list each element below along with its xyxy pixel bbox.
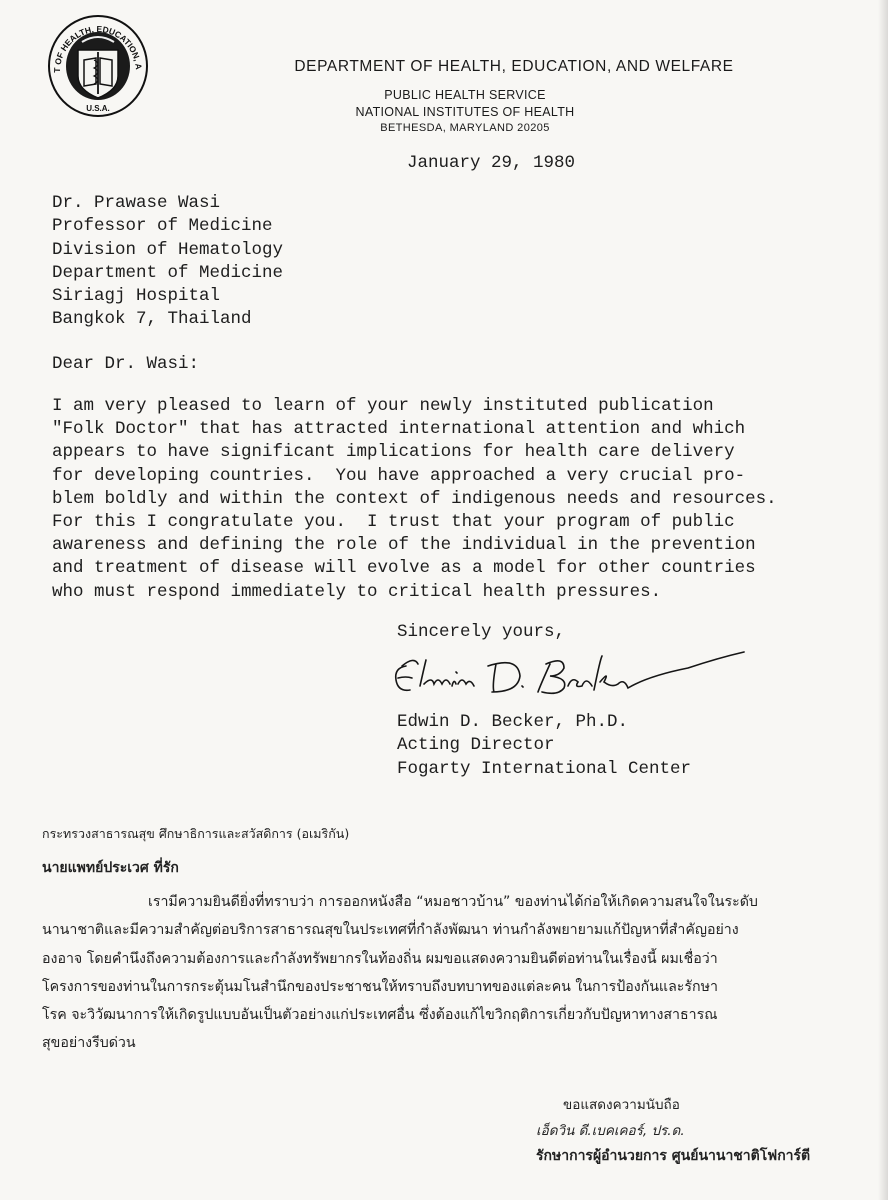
signer-organization: Fogarty International Center — [397, 758, 691, 781]
thai-body-line: โครงการของท่านในการกระตุ้นมโนสำนึกของประ… — [42, 973, 858, 1001]
thai-body-line: นานาชาติและมีความสำคัญต่อบริการสาธารณสุข… — [42, 916, 858, 944]
address-line: Siriagj Hospital — [52, 285, 283, 308]
letter-date: January 29, 1980 — [407, 153, 575, 173]
address-line: Dr. Prawase Wasi — [52, 192, 283, 215]
address-line: Department of Medicine — [52, 262, 283, 285]
thai-body-line: องอาจ โดยคำนึงถึงความต้องการและกำลังทรัพ… — [42, 945, 858, 973]
signer-name: Edwin D. Becker, Ph.D. — [397, 711, 691, 734]
thai-header: กระทรวงสาธารณสุข ศึกษาธิการและสวัสดิการ … — [42, 824, 349, 844]
thai-body-line: โรค จะวิวัฒนาการให้เกิดรูปแบบอันเป็นตัวอ… — [42, 1001, 858, 1029]
department-heading: DEPARTMENT OF HEALTH, EDUCATION, AND WEL… — [136, 58, 888, 76]
location-heading: BETHESDA, MARYLAND 20205 — [148, 122, 782, 134]
body-line: who must respond immediately to critical… — [52, 581, 777, 604]
letter-body: I am very pleased to learn of your newly… — [52, 395, 777, 604]
address-line: Division of Hematology — [52, 239, 283, 262]
institute-heading: NATIONAL INSTITUTES OF HEALTH — [148, 105, 782, 119]
thai-signer-name: เอ็ดวิน ดี.เบคเคอร์, ปร.ด. — [536, 1119, 685, 1141]
recipient-address: Dr. Prawase Wasi Professor of Medicine D… — [52, 192, 283, 332]
hew-seal-icon: DEPARTMENT OF HEALTH, EDUCATION, AND WEL… — [46, 14, 150, 118]
page-edge-shadow — [878, 0, 888, 1200]
salutation: Dear Dr. Wasi: — [52, 354, 199, 374]
handwritten-signature-icon — [388, 646, 748, 702]
body-line: I am very pleased to learn of your newly… — [52, 395, 777, 418]
address-line: Bangkok 7, Thailand — [52, 308, 283, 331]
thai-closing: ขอแสดงความนับถือ — [563, 1093, 680, 1115]
body-line: blem boldly and within the context of in… — [52, 488, 777, 511]
closing: Sincerely yours, — [397, 622, 565, 642]
body-line: awareness and defining the role of the i… — [52, 534, 777, 557]
thai-salutation: นายแพทย์ประเวศ ที่รัก — [42, 857, 179, 879]
body-line: "Folk Doctor" that has attracted interna… — [52, 418, 777, 441]
thai-body-line: เรามีความยินดียิ่งที่ทราบว่า การออกหนังส… — [42, 888, 858, 916]
svg-text:U.S.A.: U.S.A. — [86, 104, 110, 113]
body-line: For this I congratulate you. I trust tha… — [52, 511, 777, 534]
thai-body-line: สุขอย่างรีบด่วน — [42, 1029, 858, 1057]
body-line: for developing countries. You have appro… — [52, 465, 777, 488]
letter-page: DEPARTMENT OF HEALTH, EDUCATION, AND WEL… — [0, 0, 888, 1200]
signer-title: Acting Director — [397, 734, 691, 757]
body-line: appears to have significant implications… — [52, 441, 777, 464]
body-line: and treatment of disease will evolve as … — [52, 557, 777, 580]
service-heading: PUBLIC HEALTH SERVICE — [148, 88, 782, 102]
signer-block: Edwin D. Becker, Ph.D. Acting Director F… — [397, 711, 691, 781]
thai-body: เรามีความยินดียิ่งที่ทราบว่า การออกหนังส… — [42, 888, 858, 1058]
thai-signer-title: รักษาการผู้อำนวยการ ศูนย์นานาชาติโฟการ์ต… — [536, 1145, 810, 1167]
address-line: Professor of Medicine — [52, 215, 283, 238]
